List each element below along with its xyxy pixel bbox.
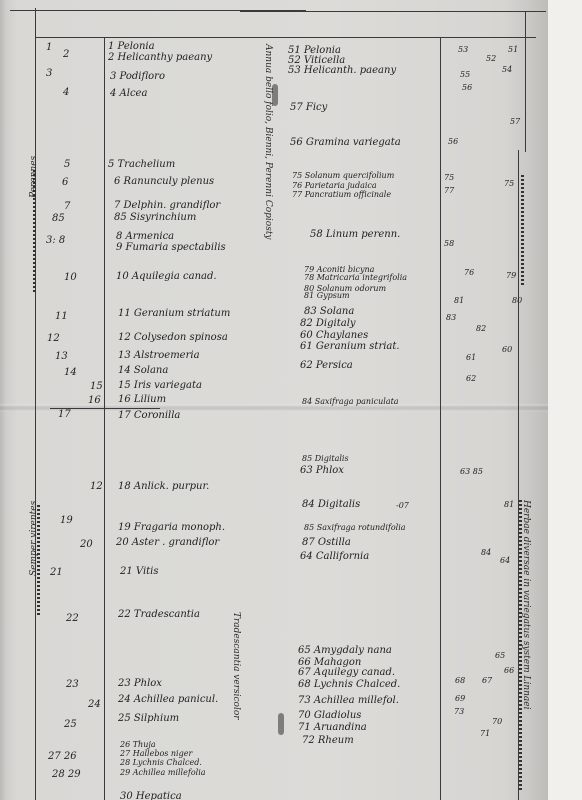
- plant-entry: 81 Gypsum: [304, 292, 350, 300]
- plant-entry: 58 Linum perenn.: [310, 230, 400, 240]
- plant-entry: 65 Amygdaly nana: [298, 646, 392, 656]
- plant-entry: 75 Solanum quercifolium: [292, 172, 394, 180]
- plant-entry: 85 Digitalis: [302, 455, 349, 463]
- plant-entry: 28 Lychnis Chalced.: [120, 759, 202, 767]
- margin-number: 24: [88, 700, 101, 710]
- reference-number: 61: [466, 354, 476, 362]
- header-rule: [36, 37, 536, 38]
- vertical-annotation: Perennes: [30, 156, 39, 198]
- plant-entry: 14 Solana: [118, 366, 168, 376]
- reference-number: 58: [444, 240, 454, 248]
- plant-entry: 68 Lychnis Chalced.: [298, 680, 400, 690]
- reference-number: 75: [444, 174, 454, 182]
- ink-smudge: [278, 713, 284, 735]
- margin-number: 10: [64, 273, 77, 283]
- right-column-rule: [440, 38, 441, 800]
- plant-entry: 87 Ostilla: [302, 538, 351, 548]
- plant-entry: 20 Aster . grandiflor: [116, 538, 219, 548]
- reference-number: 73: [454, 708, 464, 716]
- plant-entry: 62 Persica: [300, 361, 353, 371]
- margin-number: 17: [58, 410, 71, 420]
- margin-number: 85: [52, 214, 65, 224]
- plant-entry: 63 Phlox: [300, 466, 344, 476]
- reference-number: 62: [466, 375, 476, 383]
- annotation-mark: -07: [396, 502, 409, 510]
- reference-number: 83: [446, 314, 456, 322]
- plant-entry: 67 Aquilegy canad.: [298, 668, 395, 678]
- plant-entry: 64 Callifornia: [300, 552, 369, 562]
- margin-number: 27 26: [48, 752, 77, 762]
- margin-number: 3: [46, 69, 52, 79]
- margin-number: 19: [60, 516, 73, 526]
- reference-number: 56: [462, 84, 472, 92]
- plant-entry: 26 Thuja: [120, 741, 156, 749]
- plant-entry: 85 Sisyrinchium: [114, 213, 196, 223]
- margin-number: 25: [64, 720, 77, 730]
- reference-number: 75: [504, 180, 514, 188]
- margin-number: 3: 8: [46, 236, 65, 246]
- reference-number: 71: [480, 730, 490, 738]
- left-margin-rule: [35, 8, 36, 800]
- margin-number: 6: [62, 178, 68, 188]
- plant-entry: 23 Phlox: [118, 679, 162, 689]
- reference-number: 56: [448, 138, 458, 146]
- plant-entry: 82 Digitaly: [300, 319, 356, 329]
- plant-entry: 2 Helicanthy paeany: [108, 53, 212, 63]
- margin-number: 15: [90, 382, 103, 392]
- plant-entry: 57 Ficy: [290, 103, 327, 113]
- plant-entry: 4 Alcea: [110, 89, 147, 99]
- reference-number: 65: [495, 652, 505, 660]
- plant-entry: 76 Parietaria judaica: [292, 182, 377, 190]
- plant-entry: 22 Tradescantia: [118, 610, 200, 620]
- reference-number: 63 85: [460, 468, 483, 476]
- margin-number: 21: [50, 568, 63, 578]
- vertical-annotation: Semper virentes: [30, 501, 39, 576]
- vertical-annotation: Tradescantia versicolor: [231, 612, 240, 720]
- plant-entry: 1 Pelonia: [108, 42, 155, 52]
- entry-column-rule: [104, 38, 105, 800]
- top-rule-right: [240, 11, 546, 12]
- margin-number: 4: [63, 88, 69, 98]
- reference-number: 54: [502, 66, 512, 74]
- plant-entry: 8 Armenica: [116, 232, 174, 242]
- plant-entry: 30 Hepatica: [120, 792, 182, 800]
- reference-number: 67: [482, 677, 492, 685]
- plant-entry: 16 Lilium: [118, 395, 166, 405]
- margin-number: 28 29: [52, 770, 81, 780]
- plant-entry: 53 Helicanth. paeany: [288, 66, 396, 76]
- margin-number: 12: [47, 334, 60, 344]
- plant-entry: 56 Gramina variegata: [290, 138, 401, 148]
- margin-number: 2: [63, 50, 69, 60]
- margin-number: 12: [90, 482, 103, 492]
- plant-entry: 29 Achillea millefolia: [120, 769, 206, 777]
- reference-number: 52: [486, 55, 496, 63]
- reference-number: 79: [506, 272, 516, 280]
- plant-entry: 9 Fumaria spectabilis: [116, 243, 226, 253]
- reference-number: 64: [500, 557, 510, 565]
- margin-number: 13: [55, 352, 68, 362]
- plant-entry: 17 Coronilla: [118, 411, 180, 421]
- reference-number: 68: [455, 677, 465, 685]
- plant-entry: 5 Trachelium: [108, 160, 175, 170]
- right-brace-upper: [521, 175, 524, 287]
- plant-entry: 77 Pancratium officinale: [292, 191, 391, 199]
- plant-entry: 7 Delphin. grandiflor: [114, 201, 220, 211]
- reference-number: 82: [476, 325, 486, 333]
- margin-number: 5: [64, 160, 70, 170]
- plant-entry: 3 Podifloro: [110, 72, 165, 82]
- plant-entry: 10 Aquilegia canad.: [116, 272, 217, 282]
- margin-number: 14: [64, 368, 77, 378]
- margin-number: 7: [64, 202, 70, 212]
- plant-entry: 83 Solana: [304, 307, 354, 317]
- plant-entry: 72 Rheum: [302, 736, 354, 746]
- vertical-annotation: Annua bello folio, Bienni, Perenni Copio…: [263, 44, 272, 240]
- plant-entry: 24 Achillea panicul.: [118, 695, 218, 705]
- reference-number: 76: [464, 269, 474, 277]
- reference-number: 66: [504, 667, 514, 675]
- reference-number: 51: [508, 46, 518, 54]
- reference-number: 70: [492, 718, 502, 726]
- plant-entry: 71 Aruandina: [298, 723, 367, 733]
- plant-entry: 12 Colysedon spinosa: [118, 333, 228, 343]
- plant-entry: 15 Iris variegata: [118, 381, 202, 391]
- plant-entry: 73 Achillea millefol.: [298, 696, 399, 706]
- margin-number: 11: [55, 312, 68, 322]
- plant-entry: 78 Matricaria integrifolia: [304, 274, 407, 282]
- reference-number: 60: [502, 346, 512, 354]
- plant-entry: 11 Geranium striatum: [118, 309, 230, 319]
- reference-number: 69: [455, 695, 465, 703]
- plant-entry: 21 Vitis: [120, 567, 159, 577]
- plant-entry: 60 Chaylanes: [300, 331, 368, 341]
- reference-number: 57: [510, 118, 520, 126]
- plant-entry: 85 Saxifraga rotundifolia: [304, 524, 406, 532]
- reference-number: 84: [481, 549, 491, 557]
- margin-number: 23: [66, 680, 79, 690]
- margin-number: 22: [66, 614, 79, 624]
- plant-entry: 18 Anlick. purpur.: [118, 482, 209, 492]
- margin-number: 1: [46, 43, 52, 53]
- far-right-rule: [525, 12, 526, 152]
- plant-entry: 27 Hallebos niger: [120, 750, 192, 758]
- vertical-annotation: Herbae diversae in variegatus system Lin…: [521, 500, 530, 710]
- reference-number: 77: [444, 187, 454, 195]
- reference-number: 81: [454, 297, 464, 305]
- plant-entry: 13 Alstroemeria: [118, 351, 200, 361]
- margin-number: 20: [80, 540, 93, 550]
- reference-number: 55: [460, 71, 470, 79]
- plant-entry: 84 Digitalis: [302, 500, 360, 510]
- reference-number: 53: [458, 46, 468, 54]
- margin-number: 16: [88, 396, 101, 406]
- plant-entry: 70 Gladiolus: [298, 711, 361, 721]
- reference-number: 80: [512, 297, 522, 305]
- plant-entry: 19 Fragaria monoph.: [118, 523, 225, 533]
- plant-entry: 84 Saxifraga paniculata: [302, 398, 399, 406]
- plant-entry: 6 Ranunculy plenus: [114, 177, 214, 187]
- plant-entry: 61 Geranium striat.: [300, 342, 400, 352]
- reference-number: 81: [504, 501, 514, 509]
- manuscript-sheet: 1234567853: 8101112131415161712192021222…: [0, 0, 548, 800]
- plant-entry: 25 Silphium: [118, 714, 179, 724]
